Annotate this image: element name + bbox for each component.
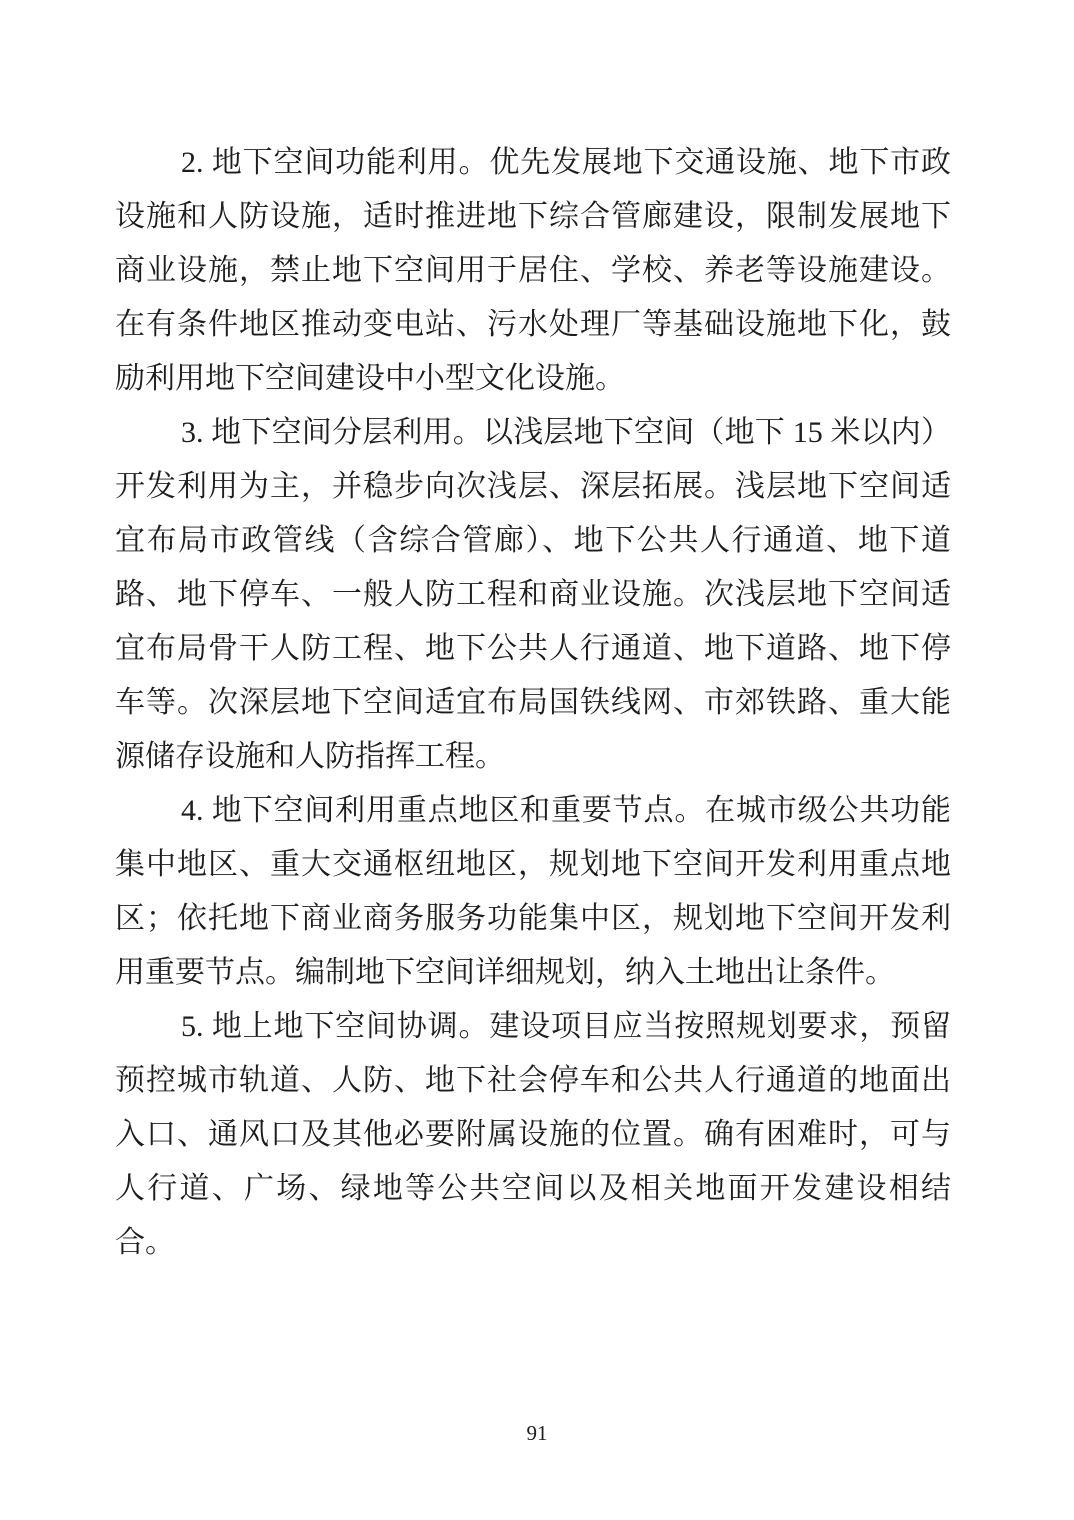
document-page: 2. 地下空间功能利用。优先发展地下交通设施、地下市政设施和人防设施，适时推进地… [0,0,1074,1520]
paragraph-item-4: 4. 地下空间利用重点地区和重要节点。在城市级公共功能集中地区、重大交通枢纽地区… [115,784,951,1000]
paragraph-item-5: 5. 地上地下空间协调。建设项目应当按照规划要求，预留预控城市轨道、人防、地下社… [115,1000,951,1270]
paragraph-item-2: 2. 地下空间功能利用。优先发展地下交通设施、地下市政设施和人防设施，适时推进地… [115,136,951,406]
page-number: 91 [0,1420,1074,1446]
paragraph-item-3: 3. 地下空间分层利用。以浅层地下空间（地下 15 米以内）开发利用为主，并稳步… [115,406,951,784]
document-body: 2. 地下空间功能利用。优先发展地下交通设施、地下市政设施和人防设施，适时推进地… [115,136,951,1270]
